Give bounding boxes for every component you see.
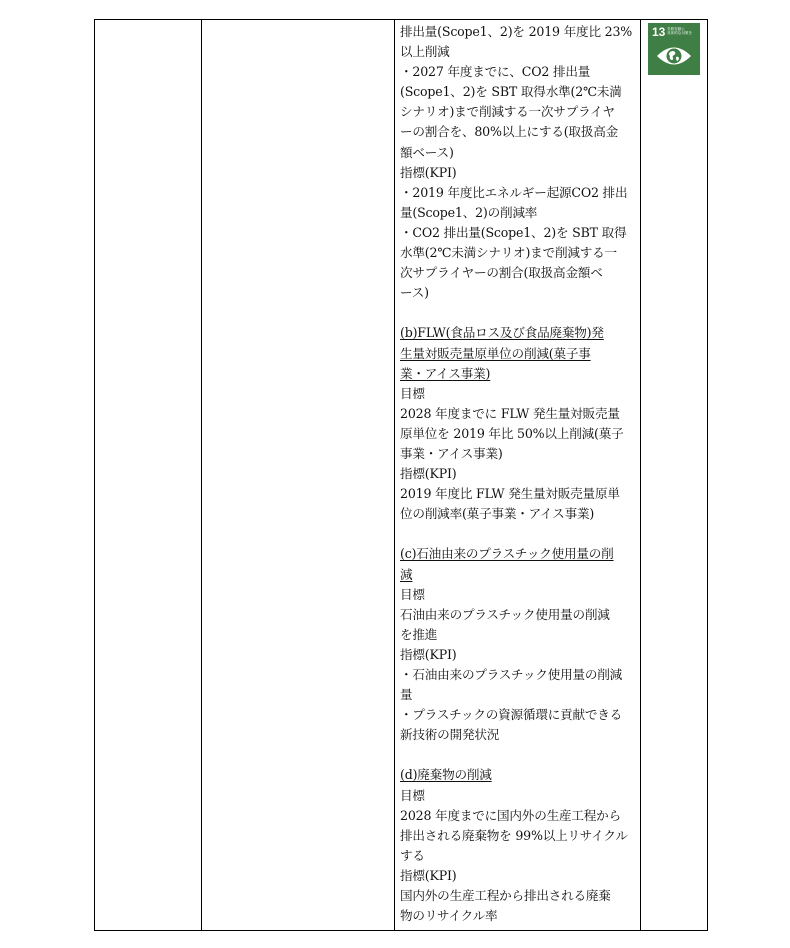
text-line: 量(Scope1、2)の削減率: [400, 203, 636, 223]
section-heading: 業・アイス事業): [400, 364, 636, 384]
field-label: 指標(KPI): [400, 163, 636, 183]
field-label: 目標: [400, 786, 636, 806]
text-line: 排出量(Scope1、2)を 2019 年度比 23%: [400, 22, 636, 42]
section-heading: (d)廃棄物の削減: [400, 765, 636, 785]
column-divider: [201, 20, 202, 930]
text-line: 国内外の生産工程から排出される廃棄: [400, 886, 636, 906]
section-heading: 生量対販売量原単位の削減(菓子事: [400, 344, 636, 364]
spacer: [400, 524, 636, 544]
text-line: ・プラスチックの資源循環に貢献できる: [400, 705, 636, 725]
sdg-title-line: 具体的な対策を: [667, 31, 697, 35]
section-heading: (c)石油由来のプラスチック使用量の削: [400, 544, 636, 564]
column-divider: [394, 20, 395, 930]
text-line: 石油由来のプラスチック使用量の削減: [400, 605, 636, 625]
text-line: 位の削減率(菓子事業・アイス事業): [400, 504, 636, 524]
field-label: 指標(KPI): [400, 866, 636, 886]
eye-globe-icon: [656, 45, 692, 67]
text-line: シナリオ)まで削減する一次サプライヤ: [400, 102, 636, 122]
text-line: 額ベース): [400, 143, 636, 163]
text-line: 以上削減: [400, 42, 636, 62]
text-line: 2028 年度までに FLW 発生量対販売量: [400, 404, 636, 424]
text-line: (Scope1、2)を SBT 取得水準(2℃未満: [400, 82, 636, 102]
section-heading: (b)FLW(食品ロス及び食品廃棄物)発: [400, 323, 636, 343]
field-label: 指標(KPI): [400, 464, 636, 484]
text-line: ・CO2 排出量(Scope1、2)を SBT 取得: [400, 223, 636, 243]
text-line: 水準(2℃未満シナリオ)まで削減する一: [400, 243, 636, 263]
text-line: 事業・アイス事業): [400, 444, 636, 464]
text-line: 物のリサイクル率: [400, 906, 636, 926]
sdg-title: 気候変動に 具体的な対策を: [667, 27, 697, 36]
field-label: 指標(KPI): [400, 645, 636, 665]
text-line: する: [400, 846, 636, 866]
targets-kpi-cell: 排出量(Scope1、2)を 2019 年度比 23%以上削減・2027 年度ま…: [400, 22, 636, 926]
text-line: 量: [400, 685, 636, 705]
spacer: [400, 303, 636, 323]
document-table: 排出量(Scope1、2)を 2019 年度比 23%以上削減・2027 年度ま…: [94, 19, 708, 931]
spacer: [400, 745, 636, 765]
section-heading: 減: [400, 565, 636, 585]
text-line: 新技術の開発状況: [400, 725, 636, 745]
column-divider: [640, 20, 641, 930]
text-line: 原単位を 2019 年比 50%以上削減(菓子: [400, 424, 636, 444]
sdg-13-icon: 13 気候変動に 具体的な対策を: [648, 23, 700, 75]
text-line: ーの割合を、80%以上にする(取扱高金: [400, 122, 636, 142]
sdg-number: 13: [652, 25, 665, 39]
text-line: 2019 年度比 FLW 発生量対販売量原単: [400, 484, 636, 504]
text-line: ース): [400, 283, 636, 303]
text-line: 次サプライヤーの割合(取扱高金額ベ: [400, 263, 636, 283]
text-line: ・2019 年度比エネルギー起源CO2 排出: [400, 183, 636, 203]
field-label: 目標: [400, 384, 636, 404]
text-line: を推進: [400, 625, 636, 645]
text-line: ・石油由来のプラスチック使用量の削減: [400, 665, 636, 685]
text-line: 排出される廃棄物を 99%以上リサイクル: [400, 826, 636, 846]
text-line: ・2027 年度までに、CO2 排出量: [400, 62, 636, 82]
field-label: 目標: [400, 585, 636, 605]
text-line: 2028 年度までに国内外の生産工程から: [400, 806, 636, 826]
